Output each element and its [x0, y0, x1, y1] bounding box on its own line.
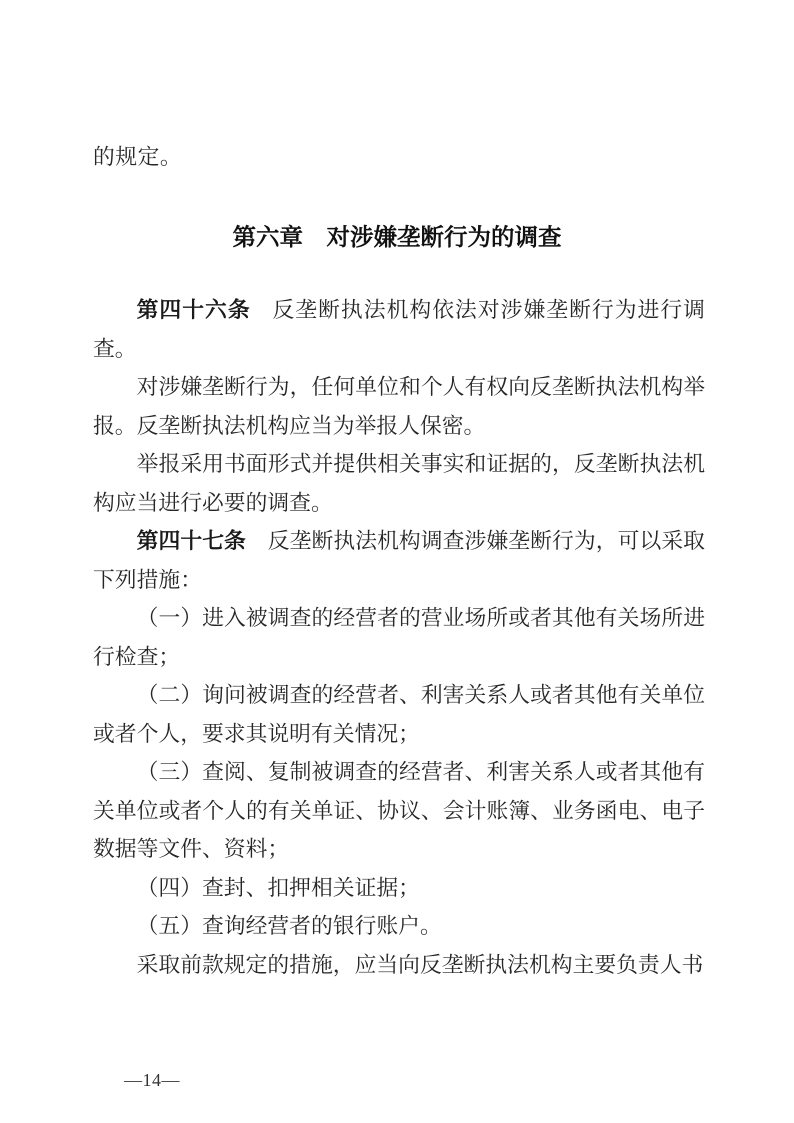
paragraph-text: （二）询问被调查的经营者、利害关系人或者其他有关单位或者个人，要求其说明有关情况…: [93, 683, 705, 746]
paragraph-text: （四）查封、扣押相关证据；: [137, 876, 420, 900]
continuation-text: 的规定。: [93, 138, 705, 177]
paragraph-text: 举报采用书面形式并提供相关事实和证据的，反垄断执法机构应当进行必要的调查。: [93, 452, 705, 515]
article-number: 第四十六条: [137, 298, 251, 322]
paragraph: （三）查阅、复制被调查的经营者、利害关系人或者其他有关单位或者个人的有关单证、协…: [93, 753, 705, 869]
paragraph: （四）查封、扣押相关证据；: [93, 869, 705, 908]
article-body: 第四十六条反垄断执法机构依法对涉嫌垄断行为进行调查。对涉嫌垄断行为，任何单位和个…: [93, 291, 705, 984]
paragraph-text: （一）进入被调查的经营者的营业场所或者其他有关场所进行检查；: [93, 606, 705, 669]
paragraph: 第四十六条反垄断执法机构依法对涉嫌垄断行为进行调查。: [93, 291, 705, 368]
document-page: 的规定。 第六章 对涉嫌垄断行为的调查 第四十六条反垄断执法机构依法对涉嫌垄断行…: [0, 0, 794, 1123]
paragraph-text: （三）查阅、复制被调查的经营者、利害关系人或者其他有关单位或者个人的有关单证、协…: [93, 760, 705, 861]
paragraph: 对涉嫌垄断行为，任何单位和个人有权向反垄断执法机构举报。反垄断执法机构应当为举报…: [93, 368, 705, 445]
paragraph: 采取前款规定的措施，应当向反垄断执法机构主要负责人书: [93, 946, 705, 985]
paragraph: 举报采用书面形式并提供相关事实和证据的，反垄断执法机构应当进行必要的调查。: [93, 445, 705, 522]
paragraph-text: （五）查询经营者的银行账户。: [137, 914, 442, 938]
article-number: 第四十七条: [137, 529, 246, 553]
paragraph: （二）询问被调查的经营者、利害关系人或者其他有关单位或者个人，要求其说明有关情况…: [93, 676, 705, 753]
paragraph: （一）进入被调查的经营者的营业场所或者其他有关场所进行检查；: [93, 599, 705, 676]
paragraph: （五）查询经营者的银行账户。: [93, 907, 705, 946]
paragraph-text: 对涉嫌垄断行为，任何单位和个人有权向反垄断执法机构举报。反垄断执法机构应当为举报…: [93, 375, 705, 438]
page-number: —14—: [124, 1068, 180, 1092]
paragraph: 第四十七条反垄断执法机构调查涉嫌垄断行为，可以采取下列措施：: [93, 522, 705, 599]
chapter-heading: 第六章 对涉嫌垄断行为的调查: [0, 218, 794, 257]
paragraph-text: 采取前款规定的措施，应当向反垄断执法机构主要负责人书: [137, 953, 704, 977]
